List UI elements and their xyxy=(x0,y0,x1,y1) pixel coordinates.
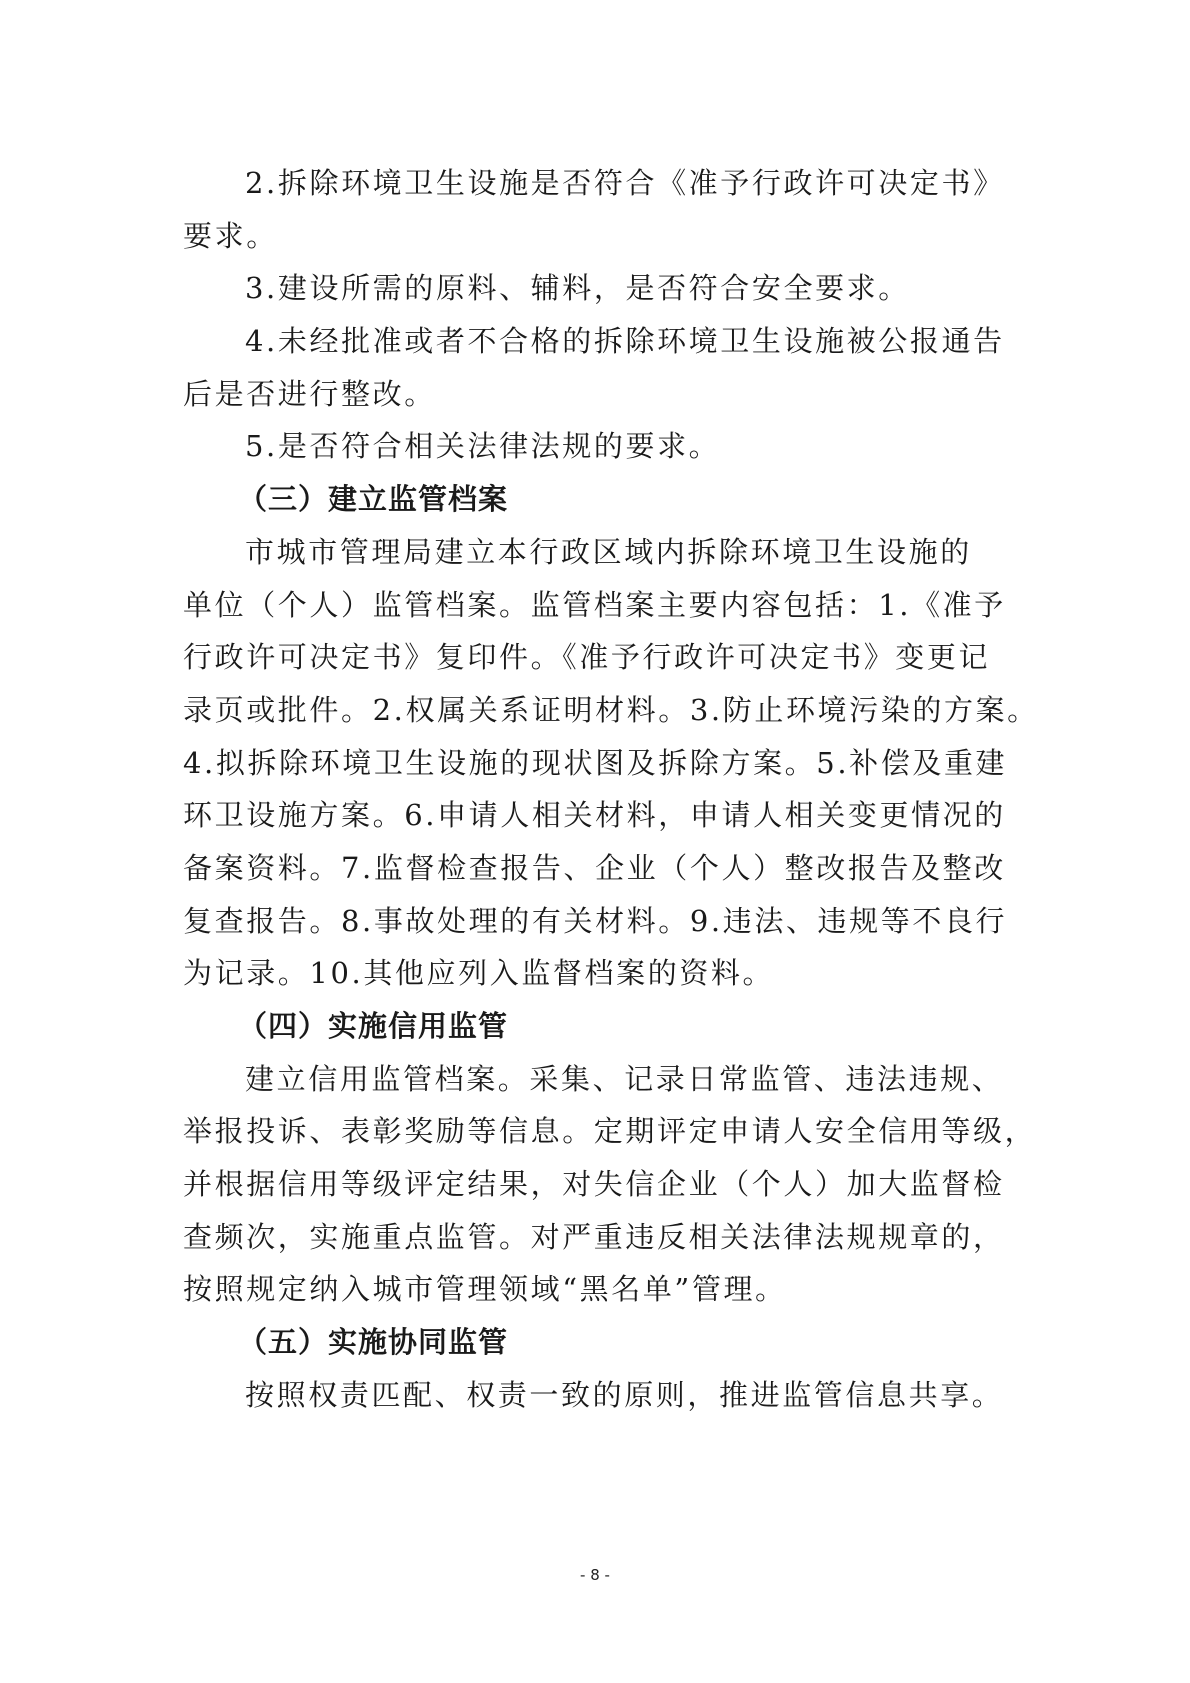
paragraph-line: 单位（个人）监管档案。监管档案主要内容包括：1.《准予 xyxy=(183,579,1013,632)
paragraph-line: 录页或批件。2.权属关系证明材料。3.防止环境污染的方案。 xyxy=(183,684,1013,737)
paragraph-line: 市城市管理局建立本行政区域内拆除环境卫生设施的 xyxy=(183,526,1013,579)
page-number: - 8 - xyxy=(0,1566,1190,1584)
item-4-line-2: 后是否进行整改。 xyxy=(183,368,1013,421)
paragraph-line: 查频次，实施重点监管。对严重违反相关法律法规规章的， xyxy=(183,1211,1013,1264)
paragraph-line: 并根据信用等级评定结果，对失信企业（个人）加大监督检 xyxy=(183,1158,1013,1211)
item-4-line-1: 4.未经批准或者不合格的拆除环境卫生设施被公报通告 xyxy=(183,315,1013,368)
paragraph-line: 行政许可决定书》复印件。《准予行政许可决定书》变更记 xyxy=(183,631,1013,684)
section-heading-5: （五）实施协同监管 xyxy=(183,1316,1013,1369)
paragraph-line: 备案资料。7.监督检查报告、企业（个人）整改报告及整改 xyxy=(183,842,1013,895)
paragraph-line: 为记录。10.其他应列入监督档案的资料。 xyxy=(183,947,1013,1000)
paragraph-line: 举报投诉、表彰奖励等信息。定期评定申请人安全信用等级， xyxy=(183,1105,1013,1158)
paragraph-line: 4.拟拆除环境卫生设施的现状图及拆除方案。5.补偿及重建 xyxy=(183,737,1013,790)
document-body: 2.拆除环境卫生设施是否符合《准予行政许可决定书》 要求。 3.建设所需的原料、… xyxy=(183,157,1013,1422)
paragraph-line: 环卫设施方案。6.申请人相关材料，申请人相关变更情况的 xyxy=(183,789,1013,842)
item-3: 3.建设所需的原料、辅料，是否符合安全要求。 xyxy=(183,262,1013,315)
item-2-line-2: 要求。 xyxy=(183,210,1013,263)
item-2-line-1: 2.拆除环境卫生设施是否符合《准予行政许可决定书》 xyxy=(183,157,1013,210)
paragraph-line: 按照规定纳入城市管理领域“黑名单”管理。 xyxy=(183,1263,1013,1316)
paragraph-line: 复查报告。8.事故处理的有关材料。9.违法、违规等不良行 xyxy=(183,895,1013,948)
item-5: 5.是否符合相关法律法规的要求。 xyxy=(183,420,1013,473)
paragraph-line: 建立信用监管档案。采集、记录日常监管、违法违规、 xyxy=(183,1053,1013,1106)
paragraph-line: 按照权责匹配、权责一致的原则，推进监管信息共享。 xyxy=(183,1369,1013,1422)
section-heading-4: （四）实施信用监管 xyxy=(183,1000,1013,1053)
section-heading-3: （三）建立监管档案 xyxy=(183,473,1013,526)
